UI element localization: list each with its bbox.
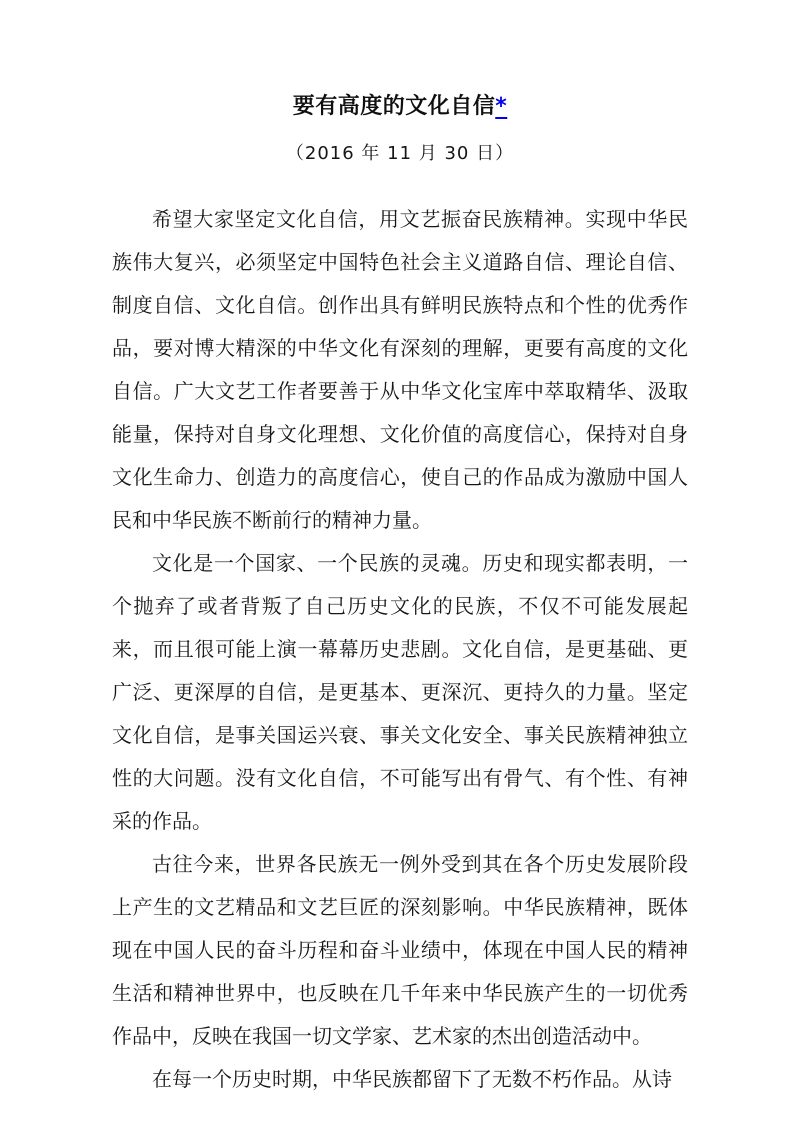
- document-title-text: 要有高度的文化自信: [293, 94, 496, 119]
- document-date: （2016 年 11 月 30 日）: [112, 142, 688, 166]
- document-page: 要有高度的文化自信* （2016 年 11 月 30 日） 希望大家坚定文化自信…: [0, 0, 800, 1130]
- body-paragraph: 在每一个历史时期，中华民族都留下了无数不朽作品。从诗: [112, 1058, 688, 1101]
- document-content: 要有高度的文化自信* （2016 年 11 月 30 日） 希望大家坚定文化自信…: [0, 0, 800, 1101]
- body-paragraph: 古往今来，世界各民族无一例外受到其在各个历史发展阶段上产生的文艺精品和文艺巨匠的…: [112, 843, 688, 1058]
- footnote-asterisk-link[interactable]: *: [495, 94, 507, 119]
- document-title: 要有高度的文化自信*: [112, 92, 688, 122]
- body-paragraph: 文化是一个国家、一个民族的灵魂。历史和现实都表明，一个抛弃了或者背叛了自己历史文…: [112, 542, 688, 843]
- body-paragraph: 希望大家坚定文化自信，用文艺振奋民族精神。实现中华民族伟大复兴，必须坚定中国特色…: [112, 198, 688, 542]
- document-body: 希望大家坚定文化自信，用文艺振奋民族精神。实现中华民族伟大复兴，必须坚定中国特色…: [112, 198, 688, 1101]
